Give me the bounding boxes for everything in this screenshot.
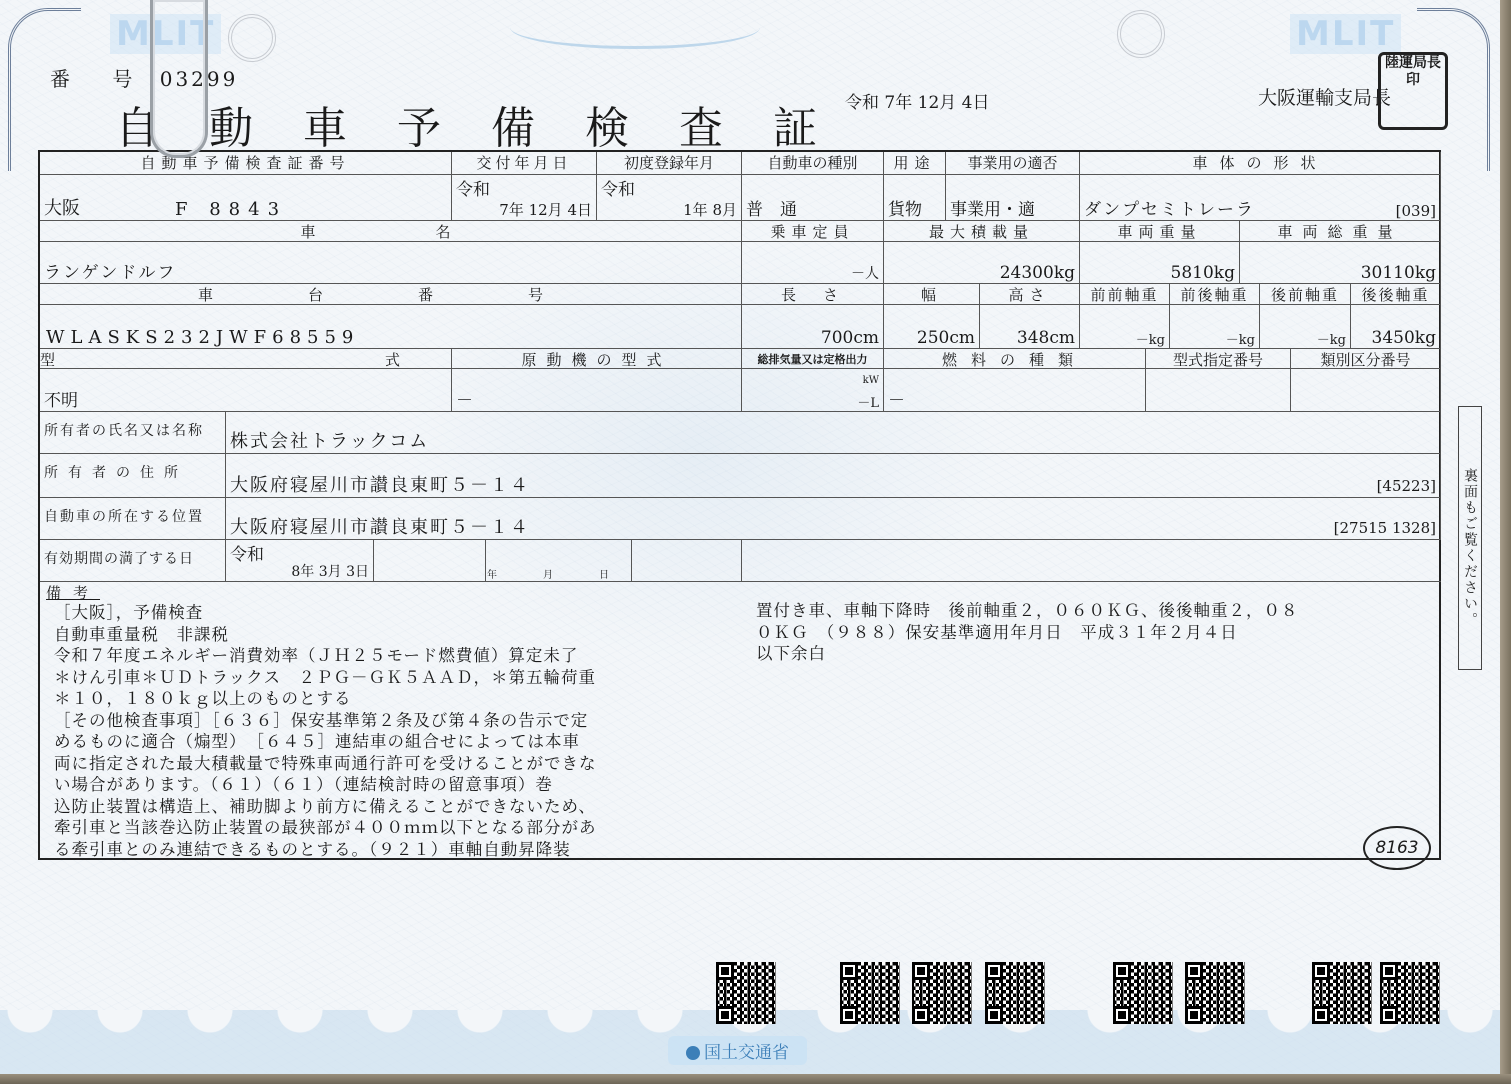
max-load-field: 24300kg (884, 242, 1080, 284)
label-rr-axle: 後後軸重 (1351, 284, 1441, 305)
handwritten-memo: 8163 (1363, 826, 1431, 870)
body-shape-value: ダンプセミトレーラ (1084, 195, 1255, 220)
document-title: 自動車予備検査証 (115, 105, 867, 153)
cert-number-value: F 8843 (175, 199, 287, 220)
label-displacement: 総排気量又は定格出力 (742, 349, 884, 369)
vehicle-class-value: 普 通 (746, 195, 797, 220)
displacement-l: －L (857, 392, 879, 411)
ff-axle-value: －kg (1136, 329, 1165, 348)
label-owner-address: 所有者の住所 (40, 454, 226, 498)
owner-address-value: 大阪府寝屋川市讃良東町５－１４ (230, 471, 530, 497)
owner-name-field: 株式会社トラックコム (226, 412, 1441, 454)
body-shape-field: ダンプセミトレーラ [039] (1080, 175, 1441, 221)
emblem-right-icon (1117, 10, 1165, 58)
remarks-right-text: 置付き車、車軸下降時 後前軸重２，０６０ＫＧ、後後軸重２，０８ ０ＫＧ （９８８… (756, 600, 1436, 665)
owner-address-code: [45223] (1377, 477, 1436, 495)
label-vehicle-name: 車 名 (40, 221, 742, 242)
issue-era: 令和 (456, 175, 490, 200)
label-expiry: 有効期間の満了する日 (40, 540, 226, 582)
expiry-extra-field-4 (742, 540, 1441, 582)
label-width: 幅 (884, 284, 980, 305)
label-use: 用途 (884, 152, 946, 175)
official-seal-icon: 陸運局長印 (1378, 52, 1448, 130)
capacity-field: －人 (742, 242, 884, 284)
vehicle-weight-value: 5810kg (1171, 263, 1235, 283)
height-value: 348cm (1017, 328, 1075, 348)
issuer-name: 大阪運輸支局長 (1258, 83, 1391, 110)
chassis-number-value: WLASKS232JWF68559 (46, 327, 359, 348)
label-vehicle-weight: 車両重量 (1080, 221, 1240, 242)
fr-axle-value: －kg (1226, 329, 1255, 348)
first-reg-era: 令和 (601, 175, 635, 200)
ornament-flourish-icon (510, 6, 760, 49)
label-type-designation: 型式指定番号 (1146, 349, 1291, 369)
label-chassis-number: 車 台 番 号 (40, 284, 742, 305)
qr-code-4 (985, 962, 1045, 1024)
label-ff-axle: 前前軸重 (1080, 284, 1170, 305)
vehicle-class-field: 普 通 (742, 175, 884, 221)
vehicle-location-code: [27515 1328] (1334, 519, 1436, 537)
qr-code-2 (840, 962, 900, 1024)
fuel-field: － (884, 369, 1146, 412)
label-model: 型 式 (40, 349, 452, 369)
label-issue-date: 交付年月日 (452, 152, 597, 175)
qr-code-1 (716, 962, 776, 1024)
business-use-value: 事業用・適 (950, 195, 1035, 220)
label-remarks: 備考 (46, 582, 100, 603)
serial-label: 番 号 (50, 67, 150, 91)
remarks-section: 備考 ［大阪］，予備検査 自動車重量税 非課税 令和７年度エネルギー消費効率（Ｊ… (40, 582, 1441, 860)
ff-axle-field: －kg (1080, 305, 1170, 349)
expiry-date: 8年 3月 3日 (291, 561, 369, 581)
certificate-paper: MLIT MLIT 番 号 03299 自動車予備検査証 令和 7年 12月 4… (0, 0, 1500, 1074)
vehicle-name-value: ランゲンドルフ (44, 258, 176, 283)
vehicle-location-field: 大阪府寝屋川市讃良東町５－１４ [27515 1328] (226, 498, 1441, 540)
length-value: 700cm (821, 328, 879, 348)
emblem-left-icon (228, 14, 276, 62)
qr-code-8 (1380, 962, 1440, 1024)
paper-edge-bottom (0, 1074, 1511, 1084)
owner-name-value: 株式会社トラックコム (230, 427, 429, 453)
expiry-era: 令和 (230, 540, 264, 565)
height-field: 348cm (980, 305, 1080, 349)
mlit-logo-icon (686, 1046, 700, 1060)
displacement-field: kW －L (742, 369, 884, 412)
gross-weight-value: 30110kg (1361, 263, 1436, 283)
rf-axle-value: －kg (1317, 329, 1346, 348)
paper-edge-right (1500, 0, 1511, 1084)
model-field: 不明 (40, 369, 452, 412)
category-number-field (1291, 369, 1441, 412)
paper-clip-icon (150, 0, 208, 158)
expiry-extra-field-2: 年 月 日 (486, 540, 632, 582)
issue-date-value: 7年 12月 4日 (499, 199, 592, 220)
max-load-value: 24300kg (1000, 263, 1075, 283)
first-reg-date: 1年 8月 (683, 199, 737, 220)
vehicle-name-field: ランゲンドルフ (40, 242, 742, 284)
vehicle-weight-field: 5810kg (1080, 242, 1240, 284)
issue-date-field: 令和 7年 12月 4日 (452, 175, 597, 221)
engine-model-field: － (452, 369, 742, 412)
first-registration-field: 令和 1年 8月 (597, 175, 742, 221)
label-first-registration: 初度登録年月 (597, 152, 742, 175)
width-value: 250cm (917, 328, 975, 348)
mlit-watermark-right: MLIT (1290, 14, 1401, 54)
label-cert-number: 自動車予備検査証番号 (40, 152, 452, 175)
expiry-extra-field-3 (632, 540, 742, 582)
rr-axle-value: 3450kg (1372, 328, 1436, 348)
expiry-extra-field-1 (374, 540, 486, 582)
fr-axle-field: －kg (1170, 305, 1260, 349)
issue-date-header: 令和 7年 12月 4日 (845, 88, 989, 113)
label-capacity: 乗車定員 (742, 221, 884, 242)
ministry-badge: 国土交通省 (668, 1036, 807, 1065)
label-business-use: 事業用の適否 (946, 152, 1080, 175)
width-field: 250cm (884, 305, 980, 349)
label-vehicle-location: 自動車の所在する位置 (40, 498, 226, 540)
rf-axle-field: －kg (1260, 305, 1351, 349)
displacement-kw: kW (863, 375, 879, 386)
label-rf-axle: 後前軸重 (1260, 284, 1351, 305)
see-reverse-note: 裏面もご覧ください。 (1458, 406, 1482, 670)
engine-model-value: － (456, 386, 473, 411)
model-value: 不明 (44, 386, 78, 411)
qr-code-7 (1312, 962, 1372, 1024)
cert-number-field: 大阪 F 8843 (40, 175, 452, 221)
use-value: 貨物 (888, 195, 922, 220)
fuel-value: － (888, 386, 905, 411)
label-fuel: 燃料の種類 (884, 349, 1146, 369)
type-designation-field (1146, 369, 1291, 412)
body-shape-code: [039] (1396, 202, 1436, 220)
label-max-load: 最大積載量 (884, 221, 1080, 242)
expiry-field: 令和 8年 3月 3日 (226, 540, 374, 582)
label-vehicle-class: 自動車の種別 (742, 152, 884, 175)
qr-code-5 (1113, 962, 1173, 1024)
expiry-blank-date: 年 月 日 (487, 566, 627, 581)
gross-weight-field: 30110kg (1240, 242, 1441, 284)
length-field: 700cm (742, 305, 884, 349)
cert-number-region: 大阪 (44, 194, 80, 220)
qr-code-6 (1185, 962, 1245, 1024)
business-use-field: 事業用・適 (946, 175, 1080, 221)
label-length: 長 さ (742, 284, 884, 305)
vehicle-location-value: 大阪府寝屋川市讃良東町５－１４ (230, 513, 530, 539)
serial-number: 番 号 03299 (50, 63, 238, 92)
label-fr-axle: 前後軸重 (1170, 284, 1260, 305)
label-category-number: 類別区分番号 (1291, 349, 1441, 369)
owner-address-field: 大阪府寝屋川市讃良東町５－１４ [45223] (226, 454, 1441, 498)
label-height: 高さ (980, 284, 1080, 305)
use-field: 貨物 (884, 175, 946, 221)
chassis-number-field: WLASKS232JWF68559 (40, 305, 742, 349)
label-owner-name: 所有者の氏名又は名称 (40, 412, 226, 454)
qr-code-3 (912, 962, 972, 1024)
certificate-grid: 自動車予備検査証番号 交付年月日 初度登録年月 自動車の種別 用途 事業用の適否… (38, 150, 1441, 860)
label-gross-weight: 車両総重量 (1240, 221, 1441, 242)
label-body-shape: 車体の形状 (1080, 152, 1441, 175)
rr-axle-field: 3450kg (1351, 305, 1441, 349)
capacity-value: －人 (851, 263, 879, 283)
remarks-left-text: ［大阪］，予備検査 自動車重量税 非課税 令和７年度エネルギー消費効率（ＪＨ２５… (54, 602, 734, 860)
ministry-name: 国土交通省 (704, 1043, 789, 1063)
label-engine-model: 原動機の型式 (452, 349, 742, 369)
